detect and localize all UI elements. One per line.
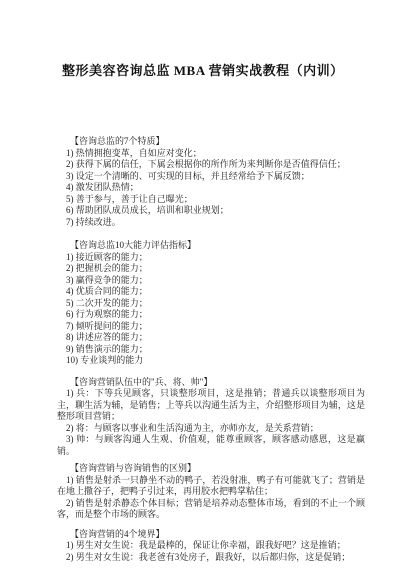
list-item: 6) 帮助团队成员成长，培训和职业规划； bbox=[57, 205, 365, 217]
section-header: 【咨询总监的7个特质】 bbox=[57, 136, 365, 148]
document-section: 【咨询营销与咨询销售的区别】 1) 销售是射杀一只静坐不动的鸭子，若没射准，鸭子… bbox=[57, 463, 365, 521]
list-item: 3) 设定一个清晰的、可实现的目标，并且经常给予下属反馈； bbox=[57, 171, 365, 183]
list-item: 6) 行为观察的能力； bbox=[57, 309, 365, 321]
list-item: 5) 二次开发的能力； bbox=[57, 298, 365, 310]
list-item: 1) 接近顾客的能力； bbox=[57, 252, 365, 264]
list-item: 8) 讲述应答的能力； bbox=[57, 332, 365, 344]
list-item: 9) 销售演示的能力； bbox=[57, 344, 365, 356]
section-header: 【咨询总监10大能力评估指标】 bbox=[57, 240, 365, 252]
list-item: 1) 销售是射杀一只静坐不动的鸭子，若没射准，鸭子有可能就飞了；营销是在地上撒谷… bbox=[57, 475, 365, 498]
list-item: 5) 善于参与，善于让自己曝光； bbox=[57, 194, 365, 206]
section-header: 【咨询营销队伍中的"兵、将、帅"】 bbox=[57, 377, 365, 389]
list-item: 2) 将：与顾客以事业和生活沟通为主，亦师亦友，是关系营销； bbox=[57, 423, 365, 435]
document-page: 整形美容咨询总监 MBA 营销实战教程（内训） 【咨询总监的7个特质】 1) 热… bbox=[0, 0, 410, 580]
document-section: 【咨询营销队伍中的"兵、将、帅"】 1) 兵：下等兵见顾客，只谈整形项目，这是推… bbox=[57, 377, 365, 458]
document-section: 【咨询总监的7个特质】 1) 热情拥抱变革，自如应对变化； 2) 获得下属的信任… bbox=[57, 136, 365, 228]
list-item: 3) 赢得竞争的能力； bbox=[57, 275, 365, 287]
list-item: 2) 把握机会的能力； bbox=[57, 263, 365, 275]
document-body: 【咨询总监的7个特质】 1) 热情拥抱变革，自如应对变化； 2) 获得下属的信任… bbox=[57, 80, 365, 563]
list-item: 2) 获得下属的信任，下属会根据你的所作所为来判断你是否值得信任； bbox=[57, 159, 365, 171]
list-item: 4) 激发团队热情； bbox=[57, 182, 365, 194]
section-header: 【咨询营销的4个境界】 bbox=[57, 529, 365, 541]
list-item: 1) 兵：下等兵见顾客，只谈整形项目，这是推销；普通兵以谈整形项目为主，聊生活为… bbox=[57, 388, 365, 423]
list-item: 7) 倾听提问的能力； bbox=[57, 321, 365, 333]
section-header: 【咨询营销与咨询销售的区别】 bbox=[57, 463, 365, 475]
list-item: 7) 持续改进。 bbox=[57, 217, 365, 229]
list-item: 1) 男生对女生说：我是最棒的，保证让你幸福，跟我好吧？这是推销； bbox=[57, 540, 365, 552]
document-section: 【咨询营销的4个境界】 1) 男生对女生说：我是最棒的，保证让你幸福，跟我好吧？… bbox=[57, 529, 365, 564]
list-item: 10) 专业谈判的能力 bbox=[57, 355, 365, 367]
document-section: 【咨询总监10大能力评估指标】 1) 接近顾客的能力； 2) 把握机会的能力； … bbox=[57, 240, 365, 367]
list-item: 1) 热情拥抱变革，自如应对变化； bbox=[57, 148, 365, 160]
list-item: 4) 优质合同的能力； bbox=[57, 286, 365, 298]
list-item: 3) 帅：与顾客沟通人生观、价值观，能尊重顾客，顾客感动感恩，这是赢销。 bbox=[57, 434, 365, 457]
page-title: 整形美容咨询总监 MBA 营销实战教程（内训） bbox=[62, 62, 410, 80]
list-item: 2) 销售是射杀静态个体目标；营销是培养动态整体市场，看到的不止一个顾客，而是整… bbox=[57, 498, 365, 521]
list-item: 2) 男生对女生说：我老爸有3处房子，跟我好，以后都归你，这是促销； bbox=[57, 552, 365, 564]
